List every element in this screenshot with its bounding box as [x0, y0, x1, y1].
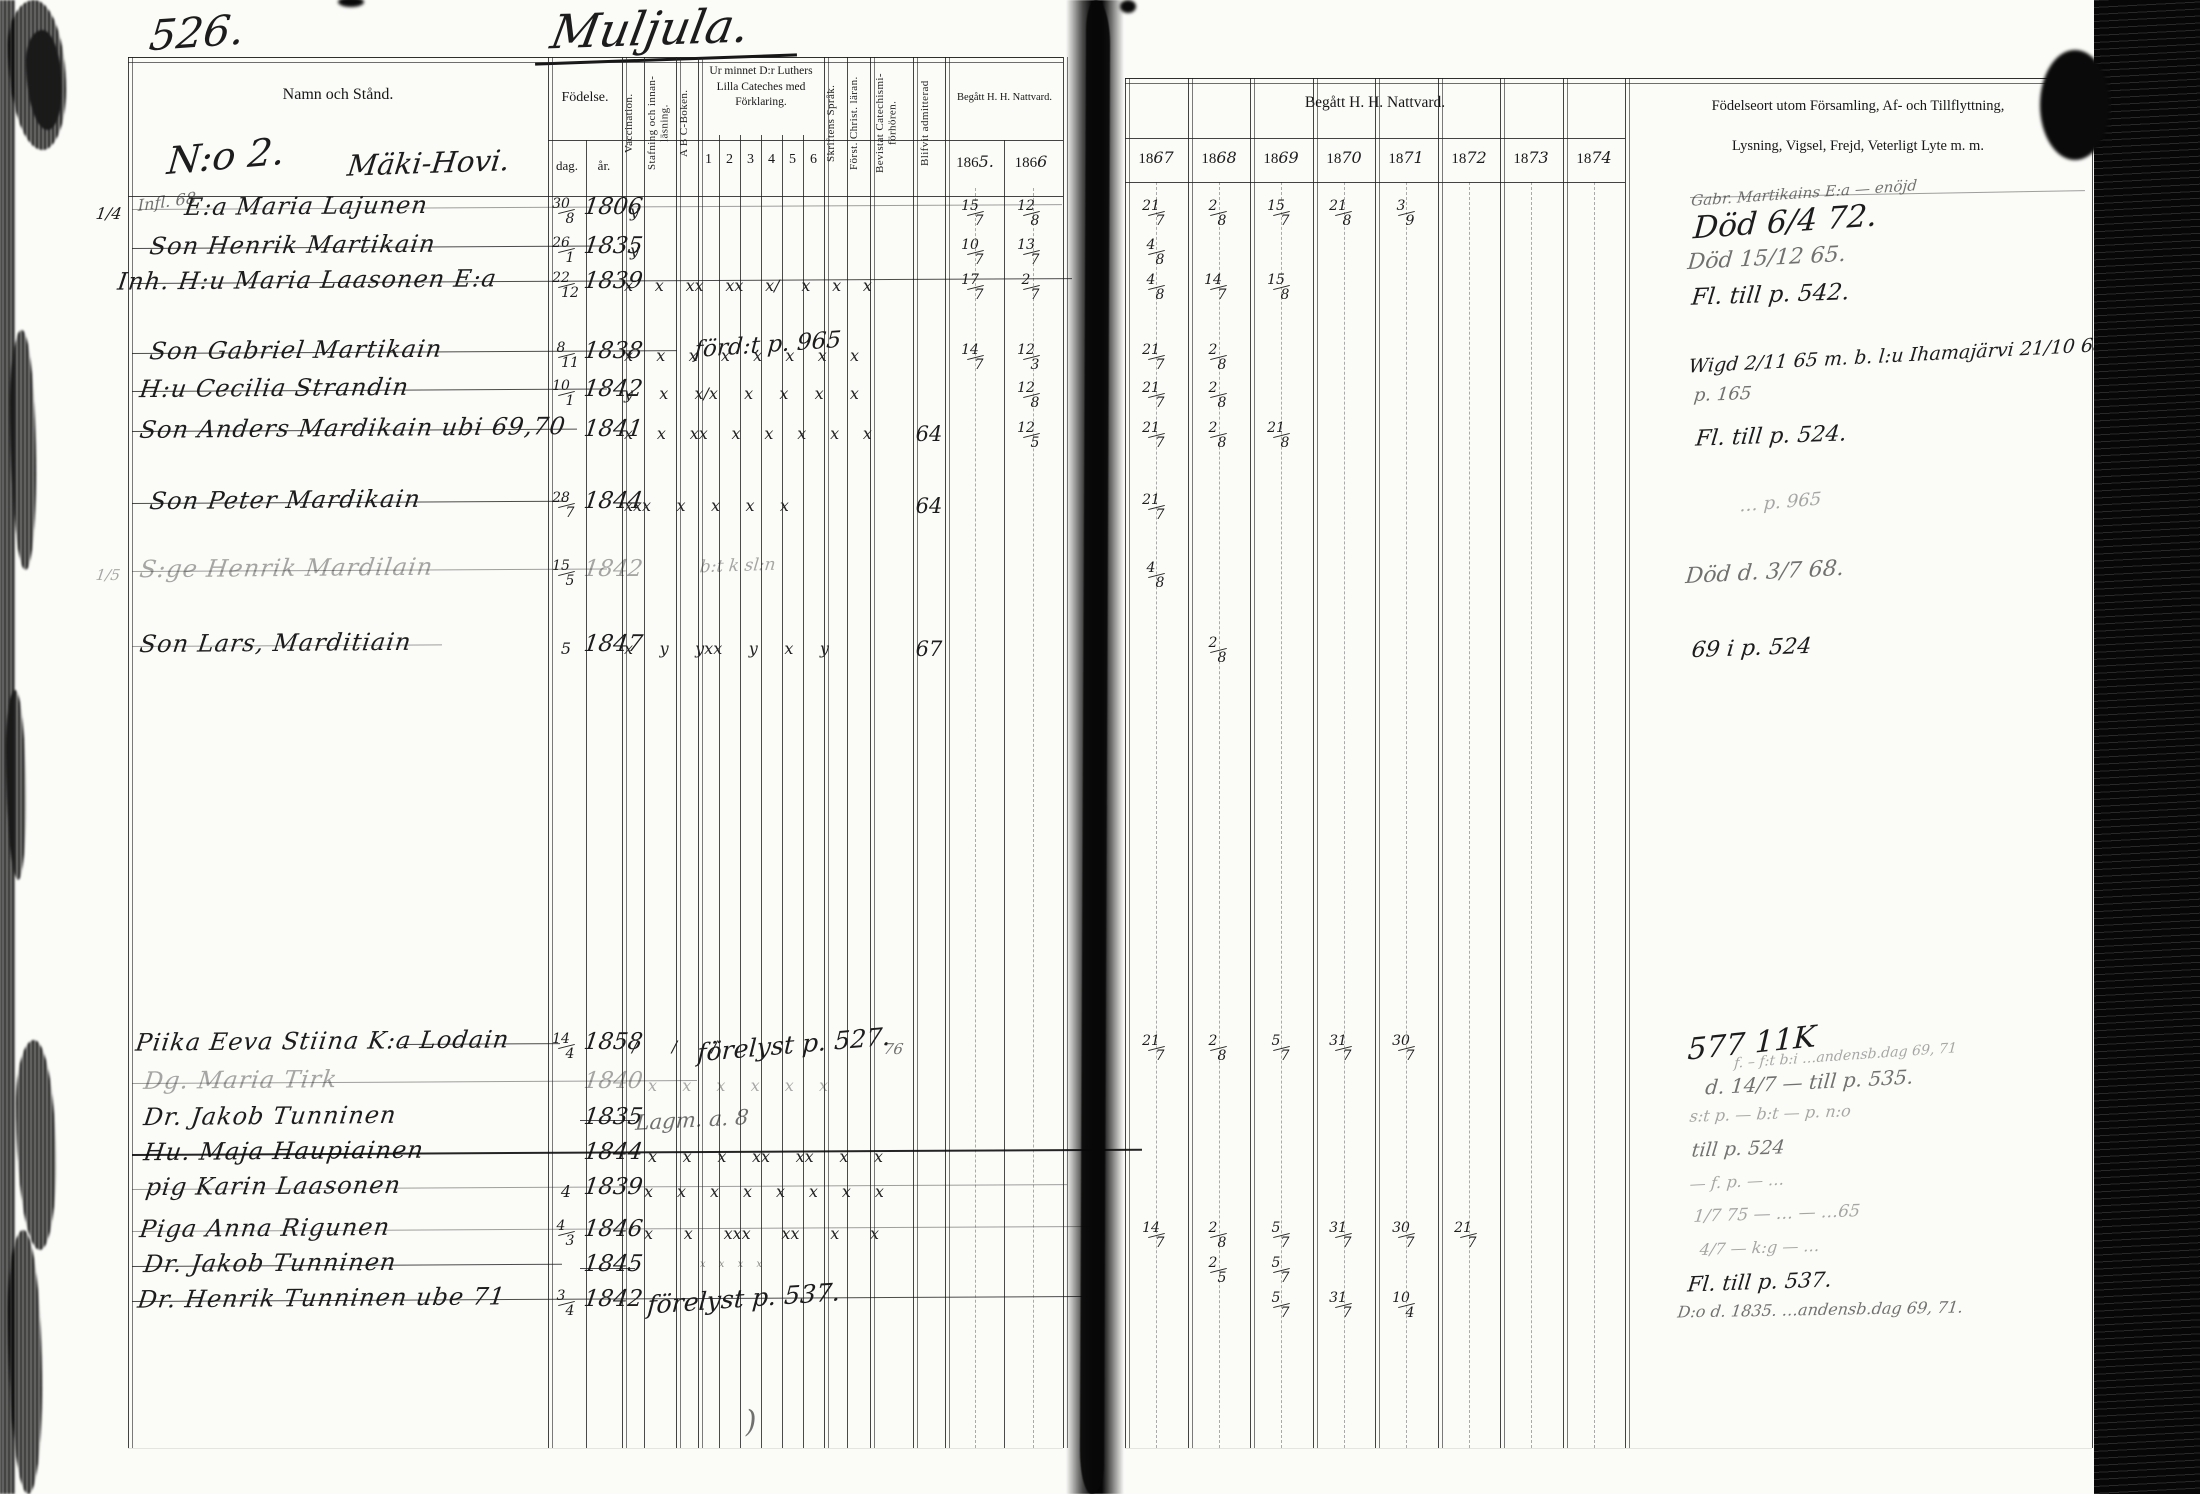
communion-date: 147	[1201, 274, 1235, 301]
year-printed-prefix: 186	[956, 155, 979, 171]
communion-year-header: 1866	[1001, 152, 1061, 172]
reading-mark: x	[785, 1076, 794, 1095]
reading-mark: x	[863, 424, 872, 443]
scan-smudge	[338, 0, 364, 7]
table-rule	[1563, 78, 1568, 1448]
reading-mark: x	[850, 346, 859, 365]
year-handwritten-suffix: 71	[1403, 148, 1423, 167]
reading-mark: x	[732, 424, 741, 443]
reading-mark: x	[738, 1259, 744, 1270]
reading-marks: yxx/xxxxx	[624, 384, 859, 403]
table-rule	[1004, 140, 1005, 1448]
communion-date: 28	[1201, 200, 1235, 227]
reading-mark: x	[815, 384, 824, 403]
reading-mark: xx	[690, 424, 708, 443]
reading-mark: x	[677, 1182, 686, 1201]
reading-mark: x	[677, 496, 686, 515]
table-rule	[1500, 78, 1505, 1448]
communion-date: 157	[1264, 200, 1298, 227]
birth-day: 308	[549, 198, 583, 225]
birth-year: 1845	[582, 1251, 644, 1277]
admitted-number: 67	[912, 637, 946, 661]
reading-marks: xyyxxyxy	[624, 639, 829, 658]
admitted-number: 64	[912, 494, 946, 518]
table-rule	[1406, 182, 1407, 1448]
entry-name: Piga Anna Rigunen	[138, 1213, 392, 1243]
reading-mark: /	[672, 1037, 677, 1056]
page-number: 526.	[147, 5, 247, 60]
year-handwritten-suffix: 72	[1466, 148, 1486, 167]
communion-date: 39	[1389, 200, 1423, 227]
table-rule	[1375, 78, 1380, 1448]
reading-mark: y	[624, 384, 633, 403]
communion-year-header: 1872	[1439, 148, 1499, 168]
communion-year-header: 1874	[1564, 148, 1624, 168]
birth-day: 144	[549, 1033, 583, 1060]
entry-name: E:a Maria Lajunen	[183, 191, 430, 221]
year-handwritten-suffix: 6	[1037, 152, 1047, 171]
reading-mark: y	[749, 639, 758, 658]
communion-date: 28	[1201, 344, 1235, 371]
year-printed-prefix: 18	[1513, 151, 1528, 167]
table-rule	[1125, 1448, 2092, 1449]
table-rule	[1125, 78, 2092, 84]
note-annotation: Fl. till p. 537.	[1686, 1268, 1833, 1297]
reading-mark: x	[657, 424, 666, 443]
reading-mark: x	[745, 496, 754, 515]
communion-date: 217	[1139, 494, 1173, 521]
reading-mark: x	[624, 276, 633, 295]
communion-date: 28	[1201, 382, 1235, 409]
year-handwritten-suffix: 67	[1153, 148, 1173, 167]
year-handwritten-suffix: 74	[1591, 148, 1611, 167]
entry-name: Inh. H:u Maria Laasonen E:a	[116, 264, 499, 295]
scan-edge-right	[2094, 0, 2200, 1494]
reading-mark: x	[756, 1259, 762, 1270]
communion-date: 28	[1201, 422, 1235, 449]
reading-mark: x	[850, 384, 859, 403]
reading-mark: x	[711, 496, 720, 515]
note-annotation: Fl. till p. 542.	[1690, 279, 1851, 310]
reading-mark: x	[624, 346, 633, 365]
table-rule	[740, 135, 741, 1448]
communion-date: 307	[1389, 1222, 1423, 1249]
note-annotation: Fl. till p. 524.	[1694, 421, 1848, 451]
page-title: Muljula.	[546, 0, 753, 60]
reading-mark: x	[710, 1182, 719, 1201]
column-header-attended-exams: Bevistat Catechismi-förhören.	[874, 62, 908, 184]
note-annotation: förelyst p. 527.	[696, 1022, 891, 1068]
catechism-subcol-3: 3	[740, 152, 761, 168]
reading-mark: x	[648, 1076, 657, 1095]
entry-name: Dr. Jakob Tunninen	[142, 1101, 398, 1131]
reading-mark: x	[780, 496, 789, 515]
year-handwritten-suffix: 69	[1278, 148, 1298, 167]
entry-name: Son Anders Mardikain ubi 69,70	[138, 412, 568, 444]
reading-mark: x	[684, 1224, 693, 1243]
communion-date: 217	[1139, 200, 1173, 227]
communion-year-header: 1869	[1251, 148, 1311, 168]
note-annotation: … p. 965	[1739, 489, 1822, 517]
reading-mark: x	[659, 384, 668, 403]
reading-mark: x	[644, 1182, 653, 1201]
table-rule	[128, 57, 1063, 63]
admitted-number: 64	[912, 422, 946, 446]
table-rule	[548, 140, 1063, 141]
communion-year-header: 1868	[1189, 148, 1249, 168]
column-header-name: Namn och Stånd.	[218, 86, 458, 104]
communion-date: 158	[1264, 274, 1298, 301]
birth-day: 34	[549, 1290, 583, 1317]
reading-mark: x	[700, 1259, 706, 1270]
communion-date: 317	[1326, 1035, 1360, 1062]
year-handwritten-suffix: 70	[1341, 148, 1361, 167]
strike-line	[580, 1268, 635, 1269]
entry-name: Son Peter Mardikain	[148, 485, 423, 515]
year-printed-prefix: 18	[1388, 151, 1403, 167]
reading-mark: x/x	[695, 384, 718, 403]
communion-year-header: 1873	[1501, 148, 1561, 168]
reading-mark: x	[716, 1076, 725, 1095]
table-rule	[719, 135, 720, 1448]
note-annotation: D:o d. 1835. …andensb.dag 69, 71.	[1677, 1298, 1965, 1322]
catechism-subcol-2: 2	[719, 152, 740, 168]
communion-date: 217	[1139, 344, 1173, 371]
reading-marks: xxxxxx	[648, 1076, 828, 1095]
birth-day: 287	[549, 492, 583, 519]
note-annotation: — f. p. — …	[1689, 1170, 1785, 1194]
note-annotation: 76	[883, 1040, 905, 1058]
column-header-birth: Födelse.	[548, 90, 622, 106]
communion-date: 147	[1139, 1222, 1173, 1249]
reading-mark: x	[784, 639, 793, 658]
reading-mark: xxx	[624, 496, 651, 515]
birth-day: 43	[549, 1220, 583, 1247]
column-header-birth-year: år.	[586, 158, 622, 174]
reading-mark: x	[683, 1147, 692, 1166]
table-rule	[1250, 78, 1255, 1448]
catechism-subcol-5: 5	[782, 152, 803, 168]
communion-date: 307	[1389, 1035, 1423, 1062]
year-handwritten-suffix: 5.	[979, 152, 994, 171]
birth-day: 811	[549, 342, 583, 369]
year-printed-prefix: 18	[1451, 151, 1466, 167]
table-rule	[1125, 182, 1625, 183]
communion-date: 218	[1326, 200, 1360, 227]
communion-date: 217	[1451, 1222, 1485, 1249]
table-rule	[945, 57, 950, 1448]
year-printed-prefix: 18	[1138, 151, 1153, 167]
reading-mark: x	[624, 639, 633, 658]
entry-name: Dr. Henrik Tunninen ube 71	[136, 1282, 507, 1313]
entry-name: Hu. Maja Haupiainen	[142, 1136, 426, 1166]
note-annotation: 1/5	[95, 566, 122, 584]
communion-date: 125	[1014, 422, 1048, 449]
table-rule	[1125, 78, 1130, 1448]
note-annotation: 69 i p. 524	[1690, 634, 1812, 663]
reading-mark: x	[682, 1076, 691, 1095]
reading-mark: x	[717, 1147, 726, 1166]
note-annotation: 1/4	[95, 204, 123, 223]
communion-date: 25	[1201, 1257, 1235, 1284]
reading-mark: x	[819, 1076, 828, 1095]
reading-mark: y	[660, 639, 669, 658]
note-annotation: p. 165	[1693, 383, 1753, 406]
note-annotation: )	[744, 1403, 758, 1440]
scan-smudge	[1120, 0, 1136, 13]
reading-mark: xx	[686, 276, 704, 295]
household-number: N:o 2.	[165, 129, 286, 183]
communion-date: 317	[1326, 1292, 1360, 1319]
reading-mark: y	[820, 639, 829, 658]
reading-mark: x	[797, 424, 806, 443]
reading-marks: y	[630, 241, 654, 260]
communion-date: 218	[1264, 422, 1298, 449]
communion-date: 104	[1389, 1292, 1423, 1319]
household-name: Mäki-Hovi.	[346, 143, 512, 183]
communion-year-header: 1867	[1126, 148, 1186, 168]
communion-year-header: 1871	[1376, 148, 1436, 168]
table-rule	[128, 1448, 1063, 1449]
year-printed-prefix: 18	[1201, 151, 1216, 167]
reading-mark: y	[630, 202, 639, 221]
communion-date: 48	[1139, 562, 1173, 589]
note-annotation: 4/7 — k:g — …	[1699, 1236, 1821, 1259]
scan-smudge	[2040, 50, 2110, 160]
note-annotation: Lagm. a. 8	[635, 1105, 750, 1135]
communion-date: 57	[1264, 1222, 1298, 1249]
table-rule	[1531, 182, 1532, 1448]
notes-header-line2: Lysning, Vigsel, Frejd, Veterligt Lyte m…	[1640, 138, 2076, 155]
entry-name: H:u Cecilia Strandin	[138, 373, 411, 403]
birth-day: 101	[549, 380, 583, 407]
reading-mark: x	[744, 384, 753, 403]
column-header-communion-left: Begått H. H. Nattvard.	[946, 92, 1063, 103]
communion-date: 147	[958, 344, 992, 371]
table-rule	[1033, 188, 1034, 1448]
entry-name: Dr. Jakob Tunninen	[142, 1248, 398, 1278]
table-rule	[1313, 78, 1318, 1448]
note-annotation: till p. 524	[1691, 1136, 1786, 1161]
table-rule	[1188, 78, 1193, 1448]
birth-day: 4	[549, 1182, 583, 1201]
table-rule	[1469, 182, 1470, 1448]
catechism-subcol-4: 4	[761, 152, 782, 168]
communion-date: 57	[1264, 1292, 1298, 1319]
table-rule	[1625, 78, 1630, 1448]
scan-edge-left	[0, 0, 88, 1494]
table-rule	[975, 188, 976, 1448]
reading-mark: yxx	[695, 639, 722, 658]
table-rule	[1438, 78, 1443, 1448]
reading-mark: x	[624, 424, 633, 443]
note-annotation: Wigd 2/11 65 m. b. l:u Ihamajärvi 21/10 …	[1688, 332, 2138, 377]
entry-name: Son Lars, Marditiain	[138, 628, 413, 658]
table-rule	[913, 57, 918, 1448]
birth-day: 2212	[549, 272, 583, 299]
entry-name: pig Karin Laasonen	[144, 1171, 403, 1201]
reading-marks: xxxxxxxxx	[624, 424, 872, 443]
communion-date: 48	[1139, 274, 1173, 301]
reading-mark: /	[632, 1037, 637, 1056]
strike-line	[580, 1120, 635, 1121]
communion-date: 217	[1139, 382, 1173, 409]
entry-name: S:ge Henrik Mardilain	[138, 553, 435, 584]
table-rule	[1125, 138, 1625, 139]
reading-marks: xxxx	[700, 1259, 762, 1270]
notes-header-line1: Födelseort utom Församling, Af- och Till…	[1640, 98, 2076, 115]
year-printed-prefix: 18	[1263, 151, 1278, 167]
column-header-admitted: Blifvit admitterad	[919, 62, 939, 184]
year-printed-prefix: 186	[1015, 155, 1038, 171]
year-handwritten-suffix: 68	[1216, 148, 1236, 167]
reading-mark: x	[644, 1224, 653, 1243]
year-handwritten-suffix: 73	[1528, 148, 1548, 167]
communion-date: 137	[1014, 239, 1048, 266]
year-printed-prefix: 18	[1576, 151, 1591, 167]
column-header-spelling: Stafning och innan-läsning.	[646, 62, 674, 184]
communion-date: 217	[1139, 1035, 1173, 1062]
birth-day: 155	[549, 560, 583, 587]
reading-mark: x	[656, 346, 665, 365]
entry-name: Dg. Maria Tirk	[142, 1065, 339, 1095]
table-rule	[1594, 182, 1595, 1448]
reading-mark: x	[751, 1076, 760, 1095]
note-annotation: 1/7 75 — … — …65	[1693, 1201, 1861, 1227]
reading-mark: y	[630, 241, 639, 260]
note-annotation: s:t p. — b:t — p. n:o	[1689, 1101, 1852, 1126]
reading-mark: x	[764, 424, 773, 443]
communion-date: 28	[1201, 1222, 1235, 1249]
column-header-catechism: Ur minnet D:r Luthers Lilla Cateches med…	[700, 64, 822, 111]
table-rule	[1344, 182, 1345, 1448]
year-printed-prefix: 18	[1326, 151, 1341, 167]
scanned-church-record-spread: 526. Muljula. Namn och Stånd. Födelse. d…	[0, 0, 2200, 1494]
communion-date: 128	[1014, 382, 1048, 409]
reading-mark: x	[655, 276, 664, 295]
reading-marks: xxxxxxx	[624, 496, 789, 515]
communion-date: 48	[1139, 239, 1173, 266]
communion-date: 57	[1264, 1257, 1298, 1284]
column-header-birth-day: dag.	[548, 158, 586, 174]
reading-mark: x	[779, 384, 788, 403]
table-rule	[128, 57, 133, 1448]
birth-day: 261	[549, 237, 583, 264]
communion-date: 317	[1326, 1222, 1360, 1249]
communion-date: 107	[958, 239, 992, 266]
scan-streak	[16, 1040, 56, 1250]
entry-name: Son Gabriel Martikain	[148, 335, 444, 366]
communion-date: 28	[1201, 1035, 1235, 1062]
note-annotation: Död d. 3/7 68.	[1684, 556, 1845, 589]
reading-marks: y	[630, 202, 654, 221]
reading-mark: x	[830, 424, 839, 443]
note-annotation: Död 15/12 65.	[1686, 242, 1846, 275]
communion-year-header: 1870	[1314, 148, 1374, 168]
note-annotation: b:t k sl:n	[699, 555, 777, 578]
communion-date: 123	[1014, 344, 1048, 371]
birth-day: 5	[549, 639, 583, 658]
communion-date: 217	[1139, 422, 1173, 449]
catechism-subcol-6: 6	[803, 152, 824, 168]
reading-mark: x	[648, 1147, 657, 1166]
communion-date: 57	[1264, 1035, 1298, 1062]
reading-mark: x	[719, 1259, 725, 1270]
entry-name: Piika Eeva Stiina K:a Lodain	[134, 1025, 511, 1056]
column-header-christian-doctrine: Först. Christ. läran.	[848, 62, 868, 184]
communion-date: 28	[1201, 637, 1235, 664]
communion-year-header: 1865.	[945, 152, 1005, 172]
entry-name: Son Henrik Martikain	[148, 230, 438, 260]
